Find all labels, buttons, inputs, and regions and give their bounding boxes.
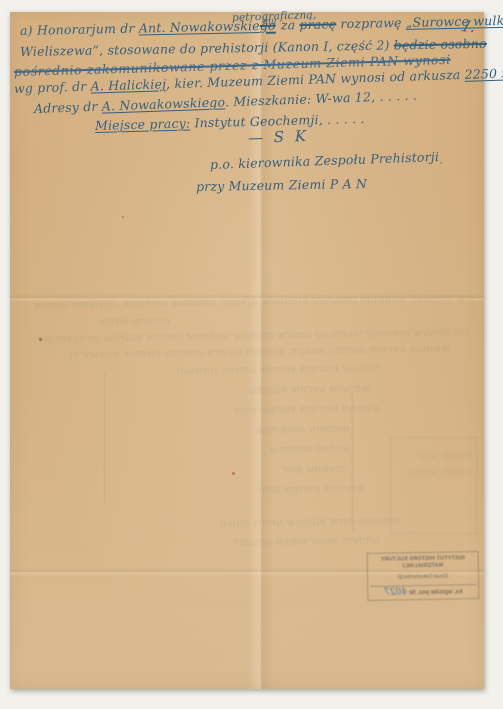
paper-sheet: 1. petrograficzną, a) Honorarjum dr Ant.… [10,12,484,689]
scanned-page: 1. petrograficzną, a) Honorarjum dr Ant.… [0,0,503,709]
bleedthrough-line: mvnnu wor [215,463,345,476]
signoff-role-line-1: p.o. kierownika Zespołu Prehistorji [210,150,440,172]
bleedthrough-line: wnnom uvrnm wno [195,483,365,497]
bleedthrough-box [390,437,477,534]
bleedthrough-line: unnvm wron [50,315,170,328]
paper-speckle [122,216,124,218]
signoff-role-line-2: przy Muzeum Ziemi P A N [196,177,367,194]
stamp-department-line: (Dział Dokumentacji) [398,573,449,580]
note-line-6-workplace: Miejsce pracy: Instytut Geochemji, . . .… [95,112,365,133]
bleedthrough-line: unnvo wmrn u [200,443,350,457]
stamp-register-label: ks. wpisów poz. Nr [407,589,462,596]
bleedthrough-stamp: INSTYTUT HISTORII KULTURY MATERIALNEJ (D… [367,551,480,601]
bleedthrough-rule [352,392,353,532]
bleedthrough-line: mnnov wurnm vonnw umrov nnwum [160,362,380,377]
bleedthrough-line: wmnnu ovrn mvnnw umro nnwu [160,515,400,530]
signoff-initials: — S K [248,128,310,147]
stamp-register-line: ks. wpisów poz. Nr 4027 [370,584,476,598]
paper-speckle [440,162,442,164]
stamp-institution-line: INSTYTUT HISTORII KULTURY MATERIALNEJ [370,555,476,570]
bleedthrough-line: unnvm wonr muvn wnomr [170,534,380,549]
bleedthrough-line: wnnom uvrnw monnu [190,382,370,396]
bleedthrough-line: uvmnn wornm vunwo mnr [180,402,380,416]
bleedthrough-line: wnnmu ovrn mw [210,423,350,436]
stamp-register-number: 4027 [384,587,407,597]
bleedthrough-rule [104,372,105,502]
